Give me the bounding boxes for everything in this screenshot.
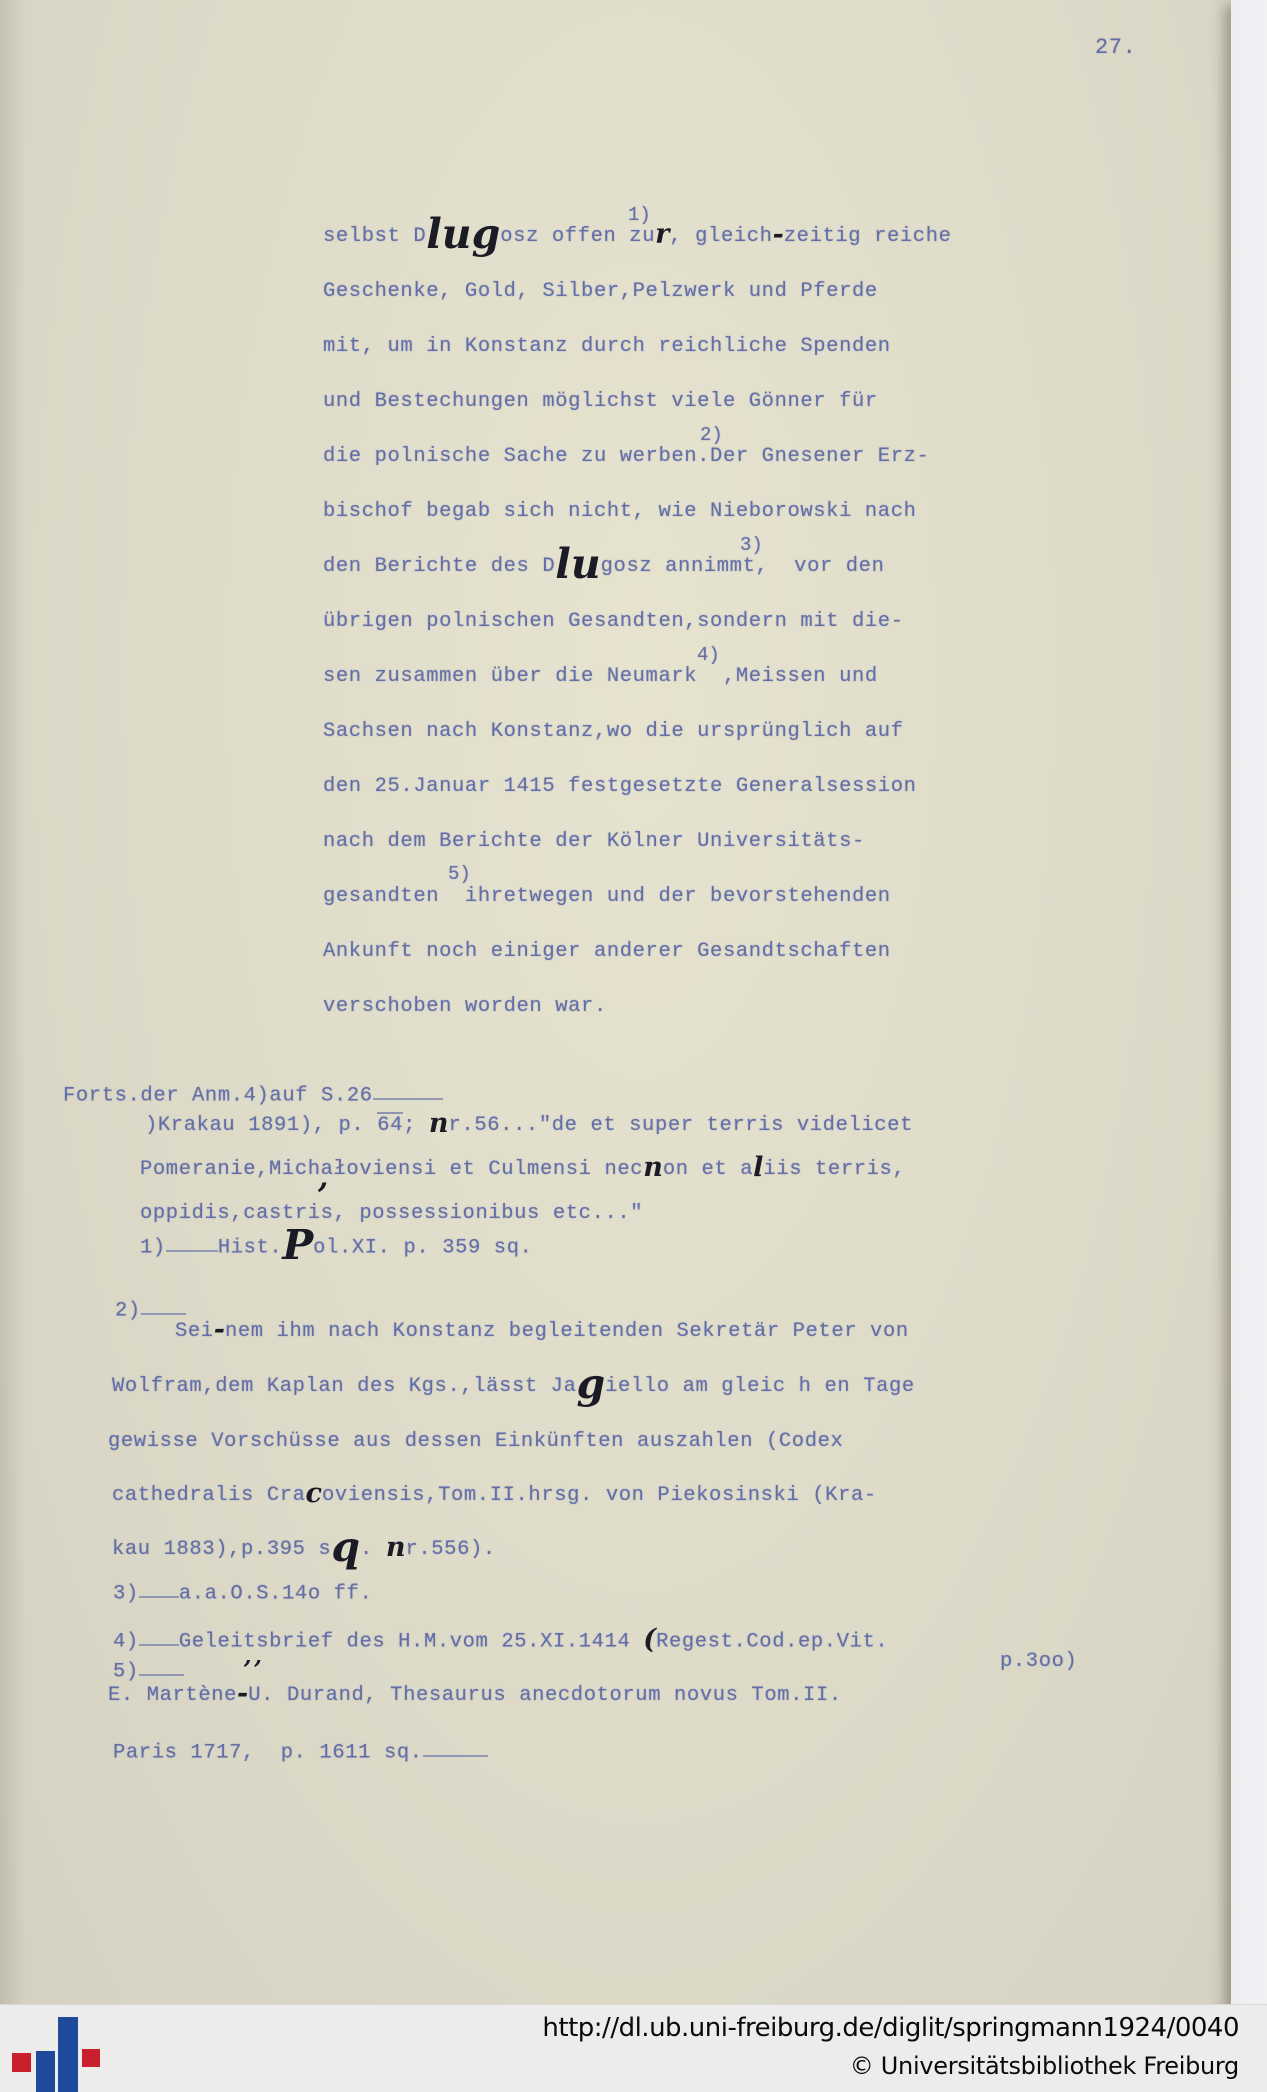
footnote-line: oppidis,castris, possessionibus etc...": [140, 1202, 643, 1226]
digitization-footer: http://dl.ub.uni-freiburg.de/diglit/spri…: [0, 2004, 1267, 2092]
typescript-line: den 25.Januar 1415 festgesetzte Generals…: [323, 775, 917, 799]
footnote-line: kau 1883),p.395 sq. nr.556).: [112, 1538, 496, 1562]
footnote-marker-2: 2): [700, 424, 723, 446]
footnote-line: Pomeranie,Michałoviensi et Culmensi necn…: [140, 1158, 905, 1182]
footnote-line: 5): [113, 1656, 184, 1684]
footnote-line: )Krakau 1891), p. 64; nr.56..."de et sup…: [145, 1114, 913, 1138]
typescript-line: Geschenke, Gold, Silber,Pelzwerk und Pfe…: [323, 280, 878, 304]
scanner-background-strip: [1231, 0, 1267, 2092]
typescript-line: mit, um in Konstanz durch reichliche Spe…: [323, 335, 891, 359]
typescript-line: gesandten ihretwegen und der bevorstehen…: [323, 885, 891, 909]
footnote-line: Forts.der Anm.4)auf S.26: [63, 1080, 443, 1108]
typescript-line: verschoben worden war.: [323, 995, 607, 1019]
footnote-line: gewisse Vorschüsse aus dessen Einkünften…: [108, 1430, 843, 1454]
typescript-line: und Bestechungen möglichst viele Gönner …: [323, 390, 878, 414]
page-number: 27.: [1095, 36, 1136, 60]
footnote-line: Sei-nem ihm nach Konstanz begleitenden S…: [175, 1320, 909, 1344]
typescript-line: sen zusammen über die Neumark ,Meissen u…: [323, 665, 878, 689]
footnote-line: E. Martène-U. Durand, Thesaurus anecdoto…: [108, 1684, 842, 1708]
footnote-line: Wolfram,dem Kaplan des Kgs.,lässt Jagiel…: [112, 1375, 915, 1399]
footnote-marker-3: 3): [740, 534, 763, 556]
typescript-line: übrigen polnischen Gesandten,sondern mit…: [323, 610, 904, 634]
scanned-page: [0, 0, 1231, 2092]
logo-square-left: [12, 2053, 31, 2072]
typescript-line: Ankunft noch einiger anderer Gesandtscha…: [323, 940, 891, 964]
footnote-marker-4: 4): [697, 644, 720, 666]
typescript-line: Sachsen nach Konstanz,wo die ursprünglic…: [323, 720, 904, 744]
typescript-line: selbst Dlugosz offen zur, gleich-zeitig …: [323, 225, 952, 249]
handwritten-accent-marks: ’’: [243, 1655, 264, 1684]
footnote-line: 3)a.a.O.S.14o ff.: [113, 1578, 372, 1606]
logo-bar-tall: [58, 2017, 78, 2092]
footnote-marker-1: 1): [628, 204, 651, 226]
source-url: http://dl.ub.uni-freiburg.de/diglit/spri…: [542, 2013, 1239, 2043]
footnote-line: cathedralis Cracoviensis,Tom.II.hrsg. vo…: [112, 1484, 877, 1508]
footnote-line: 4)Geleitsbrief des H.M.vom 25.XI.1414 (R…: [113, 1626, 888, 1654]
footnote-marker-5: 5): [448, 863, 471, 885]
footnote-line: 1)Hist.Pol.XI. p. 359 sq.: [140, 1232, 533, 1260]
typescript-line: die polnische Sache zu werben.Der Gnesen…: [323, 445, 929, 469]
typescript-line: nach dem Berichte der Kölner Universität…: [323, 830, 865, 854]
copyright-notice: © Universitätsbibliothek Freiburg: [850, 2052, 1239, 2080]
logo-square-right: [82, 2049, 100, 2067]
logo-bar-short: [36, 2051, 55, 2092]
typescript-line: bischof begab sich nicht, wie Nieborowsk…: [323, 500, 917, 524]
footnote-line: p.3oo): [1000, 1650, 1077, 1674]
footnote-line: Paris 1717, p. 1611 sq.: [113, 1737, 488, 1765]
handwritten-comma: ,: [318, 1160, 328, 1195]
typescript-line: den Berichte des Dlugosz annimmt, vor de…: [323, 555, 885, 579]
ub-freiburg-logo: [10, 2013, 114, 2092]
